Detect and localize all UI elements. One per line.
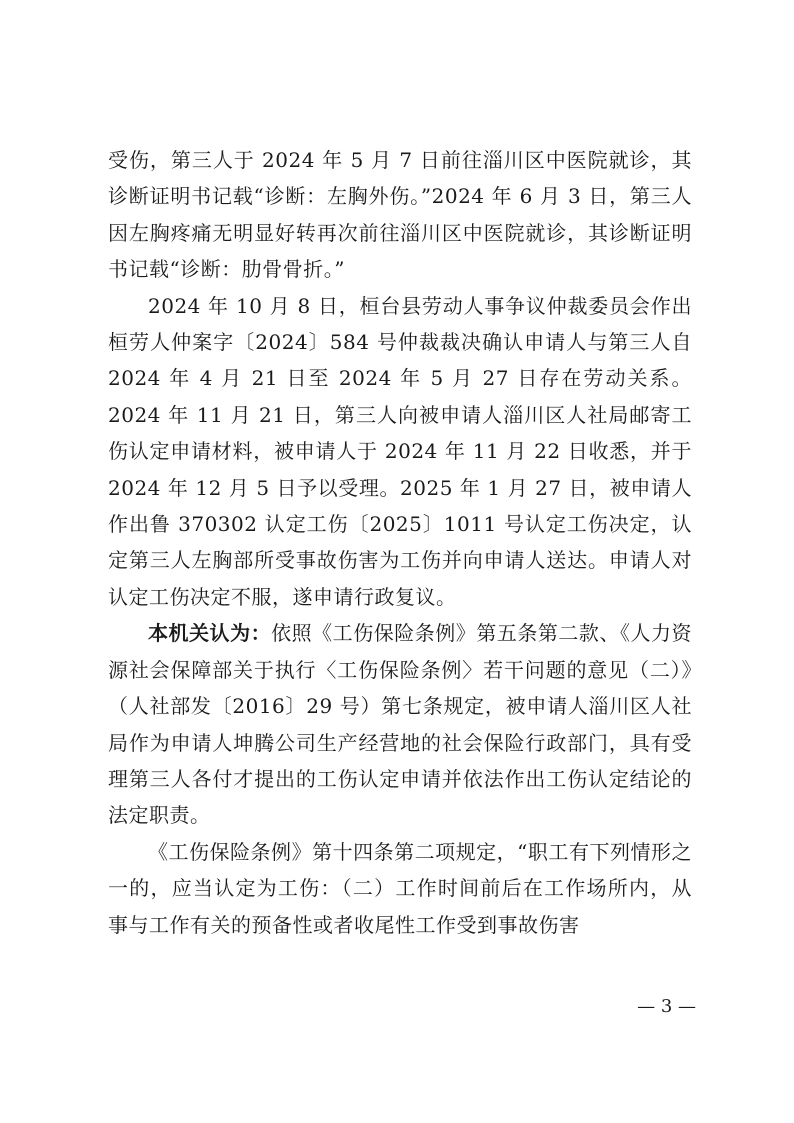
paragraph-text: 2024 年 10 月 8 日，桓台县劳动人事争议仲裁委员会作出桓劳人仲案字〔2…: [108, 294, 692, 609]
paragraph-agency-opinion: 本机关认为：依照《工伤保险条例》第五条第二款、《人力资源社会保障部关于执行〈工伤…: [108, 615, 692, 833]
paragraph-text: 受伤，第三人于 2024 年 5 月 7 日前往淄川区中医院就诊，其诊断证明书记…: [108, 148, 692, 281]
paragraph-arbitration-and-decision: 2024 年 10 月 8 日，桓台县劳动人事争议仲裁委员会作出桓劳人仲案字〔2…: [108, 288, 692, 616]
page-number: — 3 —: [606, 996, 696, 1017]
paragraph-text: 《工伤保险条例》第十四条第二项规定，“职工有下列情形之一的，应当认定为工伤：（二…: [108, 840, 692, 937]
paragraph-text: 依照《工伤保险条例》第五条第二款、《人力资源社会保障部关于执行〈工伤保险条例〉若…: [108, 621, 692, 827]
document-page: 受伤，第三人于 2024 年 5 月 7 日前往淄川区中医院就诊，其诊断证明书记…: [0, 0, 794, 1123]
paragraph-lead-heading: 本机关认为：: [148, 621, 271, 645]
paragraph-medical-diagnosis: 受伤，第三人于 2024 年 5 月 7 日前往淄川区中医院就诊，其诊断证明书记…: [108, 142, 692, 288]
document-body: 受伤，第三人于 2024 年 5 月 7 日前往淄川区中医院就诊，其诊断证明书记…: [108, 142, 692, 943]
paragraph-regulation-article-14: 《工伤保险条例》第十四条第二项规定，“职工有下列情形之一的，应当认定为工伤：（二…: [108, 834, 692, 943]
